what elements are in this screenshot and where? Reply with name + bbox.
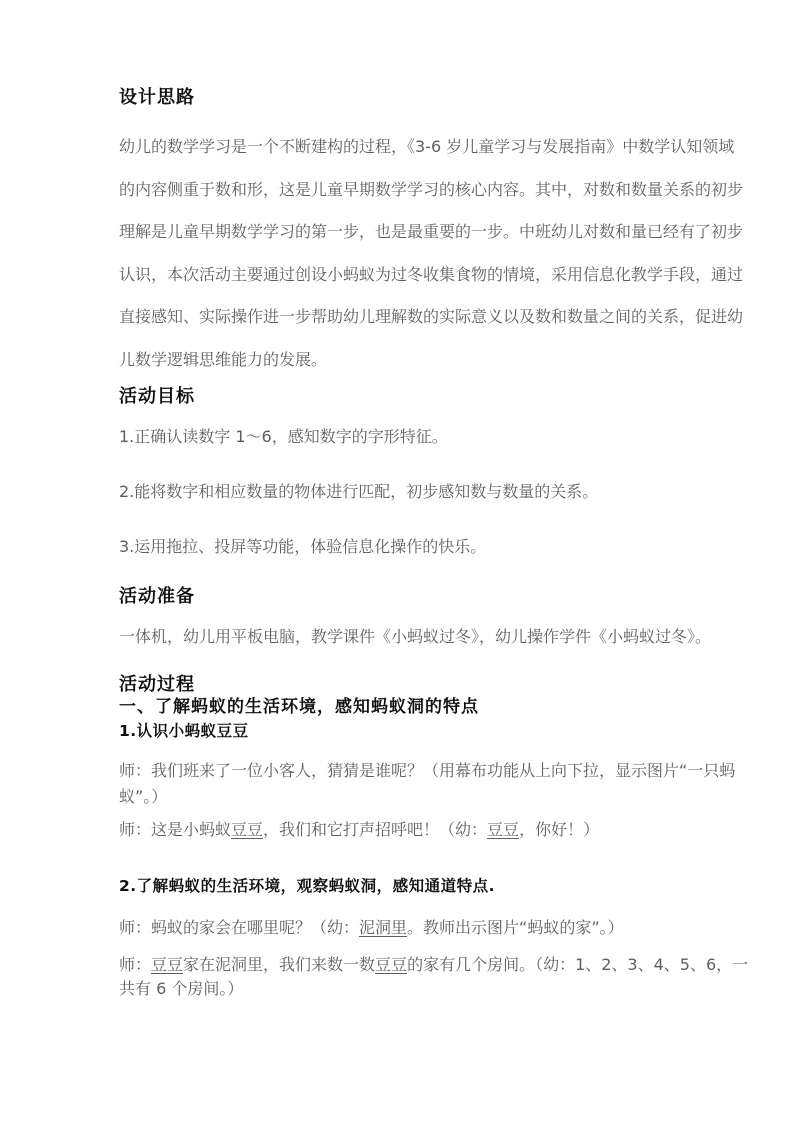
underlined-text: 泥洞里 (359, 918, 407, 937)
heading-activity-process: 活动过程 (119, 675, 719, 695)
lesson-plan-document: 设计思路 幼儿的数学学习是一个不断建构的过程，《3-6 岁儿童学习与发展指南》中… (119, 88, 719, 1001)
process-step2-title: 2.了解蚂蚁的生活环境，观察蚂蚁洞，感知通道特点. (119, 874, 719, 898)
paragraph-line: 儿数学逻辑思维能力的发展。 (119, 339, 719, 382)
teacher-dialog-1: 师：我们班来了一位小客人，猜猜是谁呢？（用幕布功能从上向下拉，显示图片“一只蚂 … (119, 758, 719, 810)
goal-item-3: 3.运用拖拉、投屏等功能，体验信息化操作的快乐。 (119, 534, 719, 560)
underlined-text: 豆豆 (151, 955, 183, 974)
process-step1-title: 1.认识小蚂蚁豆豆 (119, 719, 719, 743)
text-segment: 家在泥洞里，我们来数一数 (183, 955, 375, 974)
heading-design-ideas: 设计思路 (119, 88, 719, 108)
paragraph-line: 理解是儿童早期数学学习的第一步，也是最重要的一步。中班幼儿对数和量已经有了初步 (119, 211, 719, 254)
process-part1-title: 一、了解蚂蚁的生活环境，感知蚂蚁洞的特点 (119, 695, 719, 719)
paragraph-line: 认识，本次活动主要通过创设小蚂蚁为过冬收集食物的情境，采用信息化教学手段，通过 (119, 254, 719, 297)
dialog-line: 师：豆豆家在泥洞里，我们来数一数豆豆的家有几个房间。（幼：1、2、3、4、5、6… (119, 953, 719, 977)
paragraph-line: 的内容侧重于数和形，这是儿童早期数学学习的核心内容。其中，对数和数量关系的初步 (119, 169, 719, 212)
teacher-dialog-3: 师：蚂蚁的家会在哪里呢？（幼：泥洞里。教师出示图片“蚂蚁的家”。） (119, 915, 719, 941)
underlined-text: 豆豆 (231, 820, 263, 839)
design-ideas-paragraph: 幼儿的数学学习是一个不断建构的过程，《3-6 岁儿童学习与发展指南》中数学认知领… (119, 126, 719, 381)
document-page: { "page": { "background": "#ffffff", "bo… (0, 0, 794, 1123)
activity-goals-list: 1.正确认读数字 1～6，感知数字的字形特征。 2.能将数字和相应数量的物体进行… (119, 424, 719, 560)
dialog-line: 共有 6 个房间。） (119, 977, 719, 1001)
text-segment: 的家有几个房间。（幼：1、2、3、4、5、6，一 (407, 955, 748, 974)
underlined-text: 豆豆 (375, 955, 407, 974)
heading-activity-preparation: 活动准备 (119, 587, 719, 607)
text-segment: 师：蚂蚁的家会在哪里呢？（幼： (119, 918, 359, 937)
paragraph-line: 直接感知、实际操作进一步帮助幼儿理解数的实际意义以及数和数量之间的关系，促进幼 (119, 296, 719, 339)
teacher-dialog-4: 师：豆豆家在泥洞里，我们来数一数豆豆的家有几个房间。（幼：1、2、3、4、5、6… (119, 953, 719, 1001)
text-segment: 师：这是小蚂蚁 (119, 820, 231, 839)
heading-activity-goals: 活动目标 (119, 387, 719, 407)
dialog-line: 蚁”。） (119, 784, 719, 810)
teacher-dialog-2: 师：这是小蚂蚁豆豆，我们和它打声招呼吧！（幼：豆豆，你好！） (119, 817, 719, 843)
text-segment: ，我们和它打声招呼吧！（幼： (263, 820, 487, 839)
text-segment: 。教师出示图片“蚂蚁的家”。） (407, 918, 624, 937)
goal-item-2: 2.能将数字和相应数量的物体进行匹配，初步感知数与数量的关系。 (119, 479, 719, 505)
text-segment: 师： (119, 955, 151, 974)
dialog-line: 师：我们班来了一位小客人，猜猜是谁呢？（用幕布功能从上向下拉，显示图片“一只蚂 (119, 758, 719, 784)
preparation-text: 一体机，幼儿用平板电脑，教学课件《小蚂蚁过冬》，幼儿操作学件《小蚂蚁过冬》。 (119, 624, 719, 650)
goal-item-1: 1.正确认读数字 1～6，感知数字的字形特征。 (119, 424, 719, 450)
paragraph-line: 幼儿的数学学习是一个不断建构的过程，《3-6 岁儿童学习与发展指南》中数学认知领… (119, 126, 719, 169)
text-segment: ，你好！） (519, 820, 599, 839)
underlined-text: 豆豆 (487, 820, 519, 839)
